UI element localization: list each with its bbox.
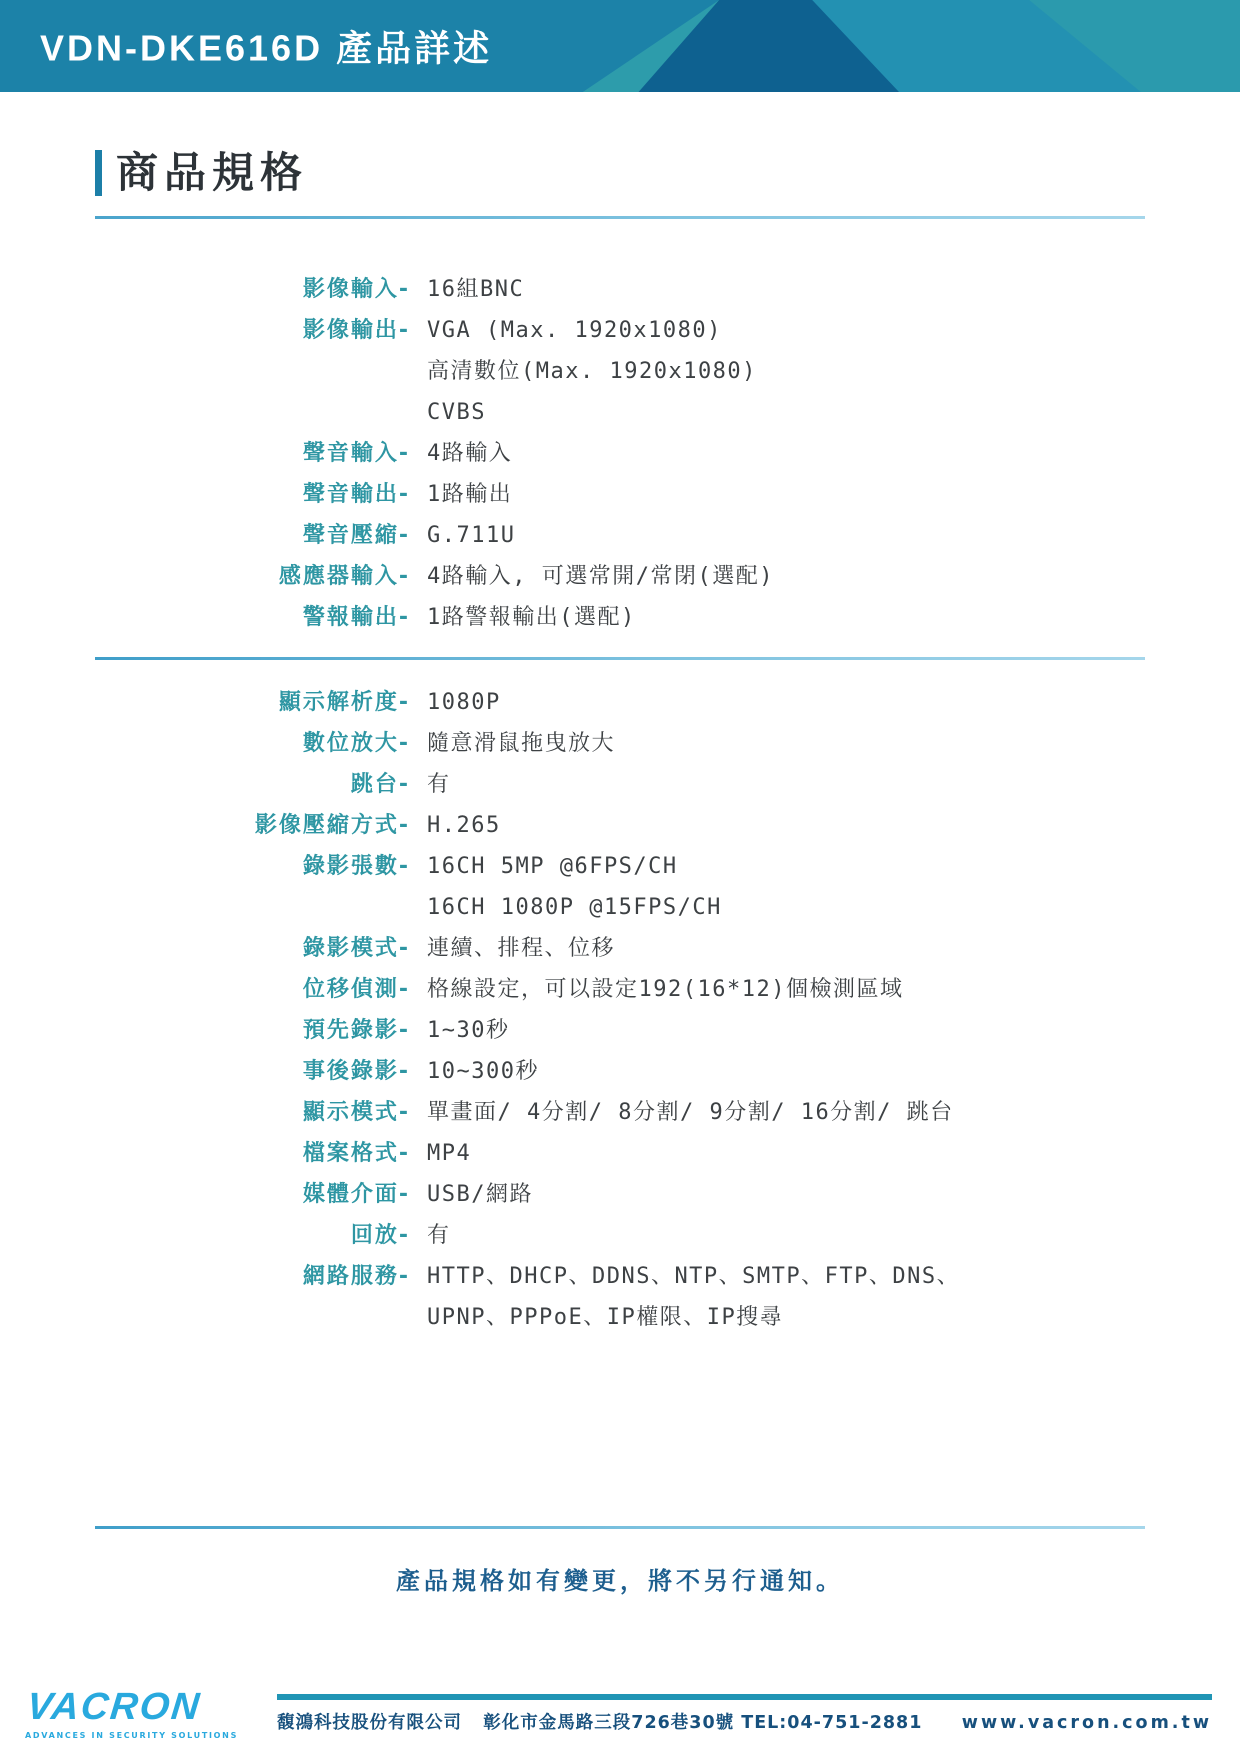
spec-value-line: USB/網路 bbox=[427, 1174, 533, 1215]
spec-row: 顯示解析度- 1080P bbox=[95, 682, 1145, 723]
spec-label: 顯示解析度- bbox=[95, 682, 410, 723]
spec-row: 聲音壓縮- G.711U bbox=[95, 515, 1145, 556]
spec-value-line: 1路輸出 bbox=[427, 474, 512, 515]
spec-row: 數位放大- 隨意滑鼠拖曳放大 bbox=[95, 723, 1145, 764]
vacron-logo-tagline: ADVANCES IN SECURITY SOLUTIONS bbox=[25, 1731, 263, 1740]
spec-value-line: 16組BNC bbox=[427, 269, 524, 310]
spec-label: 預先錄影- bbox=[95, 1010, 410, 1051]
section-head: 商品規格 bbox=[95, 150, 1145, 219]
spec-row: 影像壓縮方式- H.265 bbox=[95, 805, 1145, 846]
section-title: 商品規格 bbox=[95, 150, 308, 196]
spec-label: 位移偵測- bbox=[95, 969, 410, 1010]
spec-row: 檔案格式- MP4 bbox=[95, 1133, 1145, 1174]
spec-row: 錄影模式- 連續、排程、位移 bbox=[95, 928, 1145, 969]
spec-label: 顯示模式- bbox=[95, 1092, 410, 1133]
spec-value-line: 單畫面/ 4分割/ 8分割/ 9分割/ 16分割/ 跳台 bbox=[427, 1092, 954, 1133]
spec-values: 隨意滑鼠拖曳放大 bbox=[427, 723, 615, 764]
page-title: VDN-DKE616D 產品詳述 bbox=[40, 21, 492, 72]
spec-row: 影像輸出- VGA (Max. 1920x1080)高清數位(Max. 1920… bbox=[95, 310, 1145, 433]
footer-accent-bar bbox=[277, 1694, 1212, 1700]
spec-label: 錄影模式- bbox=[95, 928, 410, 969]
spec-value-line: CVBS bbox=[427, 392, 757, 433]
spec-value-line: H.265 bbox=[427, 805, 501, 846]
spec-values: 1080P bbox=[427, 682, 501, 723]
spec-label: 影像輸出- bbox=[95, 310, 410, 351]
spec-value-line: 16CH 1080P @15FPS/CH bbox=[427, 887, 722, 928]
spec-values: 有 bbox=[427, 1215, 451, 1256]
spec-label: 數位放大- bbox=[95, 723, 410, 764]
spec-values: 4路輸入 bbox=[427, 433, 512, 474]
spec-value-line: 16CH 5MP @6FPS/CH bbox=[427, 846, 722, 887]
spec-values: 1路輸出 bbox=[427, 474, 512, 515]
header-banner: VDN-DKE616D 產品詳述 bbox=[0, 0, 1240, 92]
spec-values: 單畫面/ 4分割/ 8分割/ 9分割/ 16分割/ 跳台 bbox=[427, 1092, 954, 1133]
spec-label: 影像輸入- bbox=[95, 269, 410, 310]
spec-row: 網路服務- HTTP、DHCP、DDNS、NTP、SMTP、FTP、DNS、UP… bbox=[95, 1256, 1145, 1338]
spec-values: 1路警報輸出(選配) bbox=[427, 597, 636, 638]
spec-row: 事後錄影- 10~300秒 bbox=[95, 1051, 1145, 1092]
spec-value-line: 格線設定，可以設定192(16*12)個檢測區域 bbox=[427, 969, 903, 1010]
spec-label: 檔案格式- bbox=[95, 1133, 410, 1174]
spec-value-line: 4路輸入, 可選常開/常閉(選配) bbox=[427, 556, 774, 597]
spec-row: 警報輸出- 1路警報輸出(選配) bbox=[95, 597, 1145, 638]
spec-value-line: MP4 bbox=[427, 1133, 471, 1174]
spec-label: 警報輸出- bbox=[95, 597, 410, 638]
company-address: 馥鴻科技股份有限公司 彰化市金馬路三段726巷30號 TEL:04-751-28… bbox=[277, 1709, 922, 1734]
spec-row: 錄影張數- 16CH 5MP @6FPS/CH16CH 1080P @15FPS… bbox=[95, 846, 1145, 928]
spec-value-line: UPNP、PPPoE、IP權限、IP搜尋 bbox=[427, 1297, 960, 1338]
spec-values: HTTP、DHCP、DDNS、NTP、SMTP、FTP、DNS、UPNP、PPP… bbox=[427, 1256, 960, 1338]
section-divider bbox=[95, 657, 1145, 660]
spec-row: 位移偵測- 格線設定，可以設定192(16*12)個檢測區域 bbox=[95, 969, 1145, 1010]
spec-row: 聲音輸出- 1路輸出 bbox=[95, 474, 1145, 515]
vacron-logo: VACRON ADVANCES IN SECURITY SOLUTIONS bbox=[25, 1688, 263, 1740]
spec-value-line: 1~30秒 bbox=[427, 1010, 509, 1051]
spec-label: 聲音壓縮- bbox=[95, 515, 410, 556]
content-column: 商品規格 影像輸入- 16組BNC 影像輸出- VGA (Max. 1920x1… bbox=[95, 92, 1145, 1596]
bottom-divider bbox=[95, 1526, 1145, 1529]
spec-label: 網路服務- bbox=[95, 1256, 410, 1297]
spec-label: 影像壓縮方式- bbox=[95, 805, 410, 846]
spec-label: 聲音輸出- bbox=[95, 474, 410, 515]
spec-row: 跳台- 有 bbox=[95, 764, 1145, 805]
spec-values: 1~30秒 bbox=[427, 1010, 509, 1051]
spec-value-line: 1路警報輸出(選配) bbox=[427, 597, 636, 638]
spec-value-line: 有 bbox=[427, 1215, 451, 1256]
footer-right: 馥鴻科技股份有限公司 彰化市金馬路三段726巷30號 TEL:04-751-28… bbox=[277, 1694, 1212, 1734]
spec-value-line: 有 bbox=[427, 764, 451, 805]
spec-value-line: 4路輸入 bbox=[427, 433, 512, 474]
spec-label: 錄影張數- bbox=[95, 846, 410, 887]
spec-row: 感應器輸入- 4路輸入, 可選常開/常閉(選配) bbox=[95, 556, 1145, 597]
spec-group-display-recording: 顯示解析度- 1080P 數位放大- 隨意滑鼠拖曳放大 跳台- 有 影像壓縮方式… bbox=[95, 682, 1145, 1338]
spec-row: 預先錄影- 1~30秒 bbox=[95, 1010, 1145, 1051]
spec-row: 影像輸入- 16組BNC bbox=[95, 269, 1145, 310]
section-underline bbox=[95, 216, 1145, 219]
page-footer: VACRON ADVANCES IN SECURITY SOLUTIONS 馥鴻… bbox=[25, 1688, 1212, 1740]
spec-value-line: HTTP、DHCP、DDNS、NTP、SMTP、FTP、DNS、 bbox=[427, 1256, 960, 1297]
website-url: www.vacron.com.tw bbox=[962, 1713, 1212, 1733]
spec-value-line: 連續、排程、位移 bbox=[427, 928, 615, 969]
spec-label: 事後錄影- bbox=[95, 1051, 410, 1092]
spec-values: 4路輸入, 可選常開/常閉(選配) bbox=[427, 556, 774, 597]
spec-values: 連續、排程、位移 bbox=[427, 928, 615, 969]
spec-sheet-page: VDN-DKE616D 產品詳述 商品規格 影像輸入- 16組BNC 影像輸出-… bbox=[0, 0, 1240, 1754]
spec-values: USB/網路 bbox=[427, 1174, 533, 1215]
spec-values: 16CH 5MP @6FPS/CH16CH 1080P @15FPS/CH bbox=[427, 846, 722, 928]
spec-row: 媒體介面- USB/網路 bbox=[95, 1174, 1145, 1215]
spec-values: 10~300秒 bbox=[427, 1051, 539, 1092]
spec-row: 聲音輸入- 4路輸入 bbox=[95, 433, 1145, 474]
spec-values: VGA (Max. 1920x1080)高清數位(Max. 1920x1080)… bbox=[427, 310, 757, 433]
spec-values: 有 bbox=[427, 764, 451, 805]
spec-row: 顯示模式- 單畫面/ 4分割/ 8分割/ 9分割/ 16分割/ 跳台 bbox=[95, 1092, 1145, 1133]
spec-label: 回放- bbox=[95, 1215, 410, 1256]
footer-info-line: 馥鴻科技股份有限公司 彰化市金馬路三段726巷30號 TEL:04-751-28… bbox=[277, 1709, 1212, 1734]
spec-values: G.711U bbox=[427, 515, 515, 556]
spec-label: 跳台- bbox=[95, 764, 410, 805]
spec-value-line: 高清數位(Max. 1920x1080) bbox=[427, 351, 757, 392]
spec-values: H.265 bbox=[427, 805, 501, 846]
spec-value-line: 10~300秒 bbox=[427, 1051, 539, 1092]
spec-values: MP4 bbox=[427, 1133, 471, 1174]
disclaimer-note: 產品規格如有變更，將不另行通知。 bbox=[95, 1561, 1145, 1596]
spec-label: 感應器輸入- bbox=[95, 556, 410, 597]
spec-value-line: VGA (Max. 1920x1080) bbox=[427, 310, 757, 351]
spec-label: 聲音輸入- bbox=[95, 433, 410, 474]
spec-label: 媒體介面- bbox=[95, 1174, 410, 1215]
spec-row: 回放- 有 bbox=[95, 1215, 1145, 1256]
vacron-logo-text: VACRON bbox=[25, 1688, 267, 1726]
spec-values: 16組BNC bbox=[427, 269, 524, 310]
spec-group-av-io: 影像輸入- 16組BNC 影像輸出- VGA (Max. 1920x1080)高… bbox=[95, 269, 1145, 638]
spec-value-line: 1080P bbox=[427, 682, 501, 723]
spec-value-line: 隨意滑鼠拖曳放大 bbox=[427, 723, 615, 764]
spec-value-line: G.711U bbox=[427, 515, 515, 556]
spec-values: 格線設定，可以設定192(16*12)個檢測區域 bbox=[427, 969, 903, 1010]
